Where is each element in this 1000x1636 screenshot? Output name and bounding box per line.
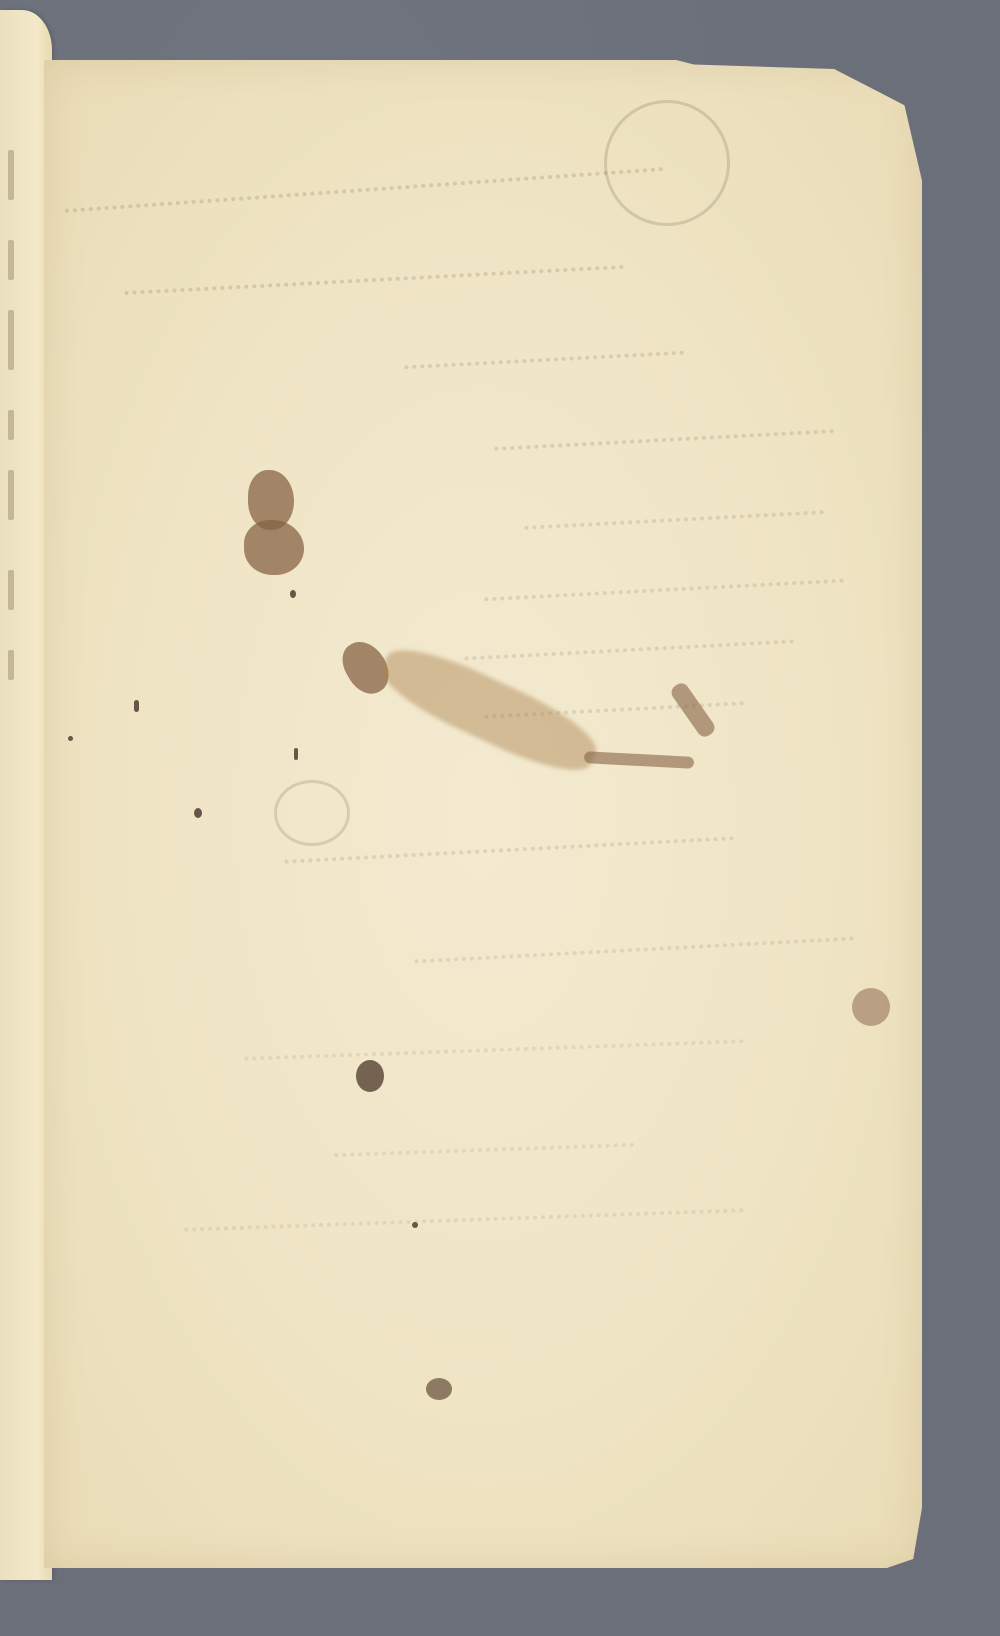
facing-page-ink-mark <box>8 650 14 680</box>
bleed-through-line <box>484 571 844 602</box>
ink-stroke <box>584 751 694 769</box>
bleed-through-flourish <box>274 780 350 846</box>
ink-blot <box>426 1378 452 1400</box>
bleed-through-line <box>334 1135 634 1157</box>
facing-page-ink-mark <box>8 310 14 370</box>
bleed-through-line <box>404 343 684 370</box>
bleed-through-line <box>524 502 824 530</box>
bleed-through-line <box>184 1200 744 1232</box>
ink-blot <box>356 1060 384 1092</box>
bleed-through-line <box>244 1031 744 1060</box>
bleed-through-line <box>64 159 663 213</box>
speck <box>294 748 298 760</box>
facing-page-ink-mark <box>8 570 14 610</box>
facing-page-ink-mark <box>8 150 14 200</box>
speck <box>412 1222 418 1228</box>
facing-page-ink-mark <box>8 240 14 280</box>
ink-stroke <box>668 680 717 739</box>
bleed-through-line <box>284 828 734 864</box>
ink-stain <box>244 520 304 575</box>
facing-page-ink-mark <box>8 410 14 440</box>
bleed-through-line <box>414 928 854 963</box>
bleed-through-line <box>494 421 834 451</box>
speck <box>134 700 139 712</box>
speck <box>68 736 73 741</box>
bleed-through-line <box>464 631 794 660</box>
speck <box>290 590 296 598</box>
speck <box>194 808 202 818</box>
facing-page-ink-mark <box>8 470 14 520</box>
manuscript-page <box>44 60 922 1568</box>
bleed-through-line <box>124 257 624 295</box>
ink-blot <box>852 988 890 1026</box>
